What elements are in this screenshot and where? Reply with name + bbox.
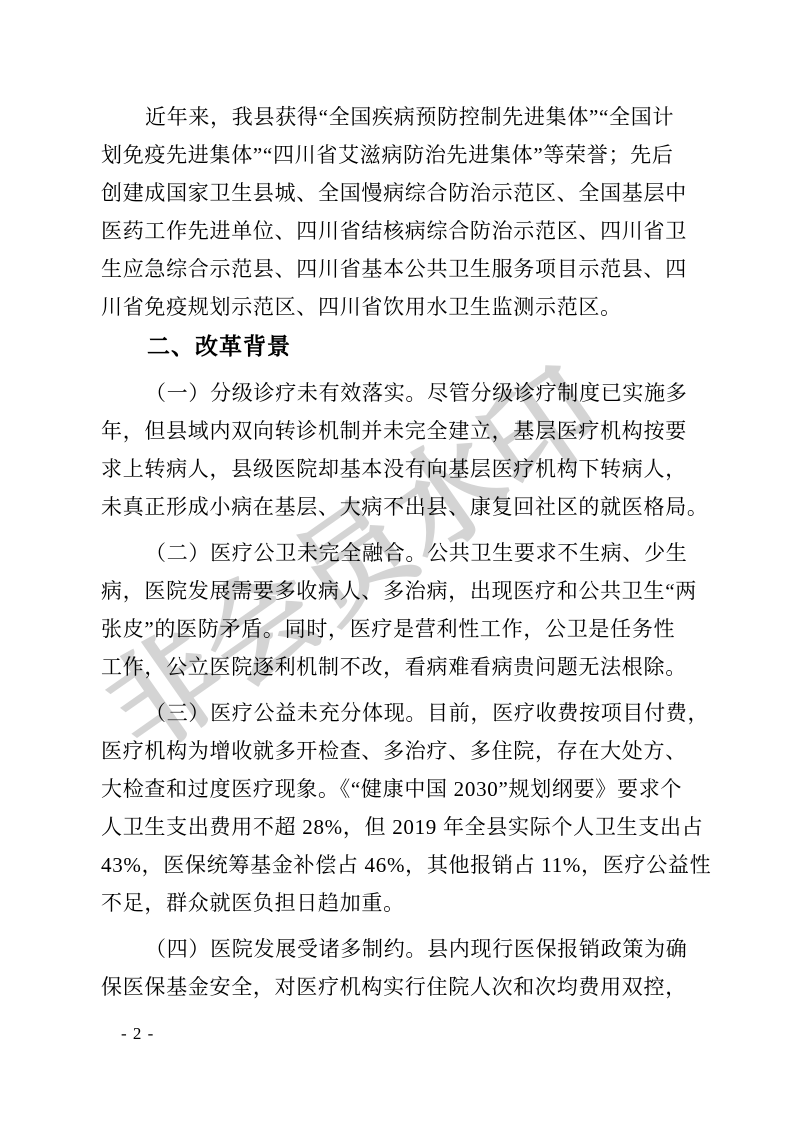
text-line: 年，但县域内双向转诊机制并未完全建立，基层医疗机构按要 bbox=[101, 412, 710, 450]
text-line: 病，医院发展需要多收病人、多治病，出现医疗和公共卫生“两 bbox=[101, 572, 710, 610]
text-line: （三）医疗公益未充分体现。目前，医疗收费按项目付费， bbox=[101, 694, 710, 732]
text-line: 医药工作先进单位、四川省结核病综合防治示范区、四川省卫 bbox=[101, 212, 710, 250]
text-line: 二、改革背景 bbox=[101, 328, 710, 366]
text-line: 人卫生支出费用不超 28%，但 2019 年全县实际个人卫生支出占 bbox=[101, 808, 710, 846]
document-page: 非会员水印 近年来，我县获得“全国疾病预防控制先进集体”“全国计划免疫先进集体”… bbox=[0, 0, 793, 1122]
section-heading: 二、改革背景 bbox=[101, 328, 710, 366]
text-line: （四）医院发展受诸多制约。县内现行医保报销政策为确 bbox=[101, 930, 710, 968]
text-line: 张皮”的医防矛盾。同时，医疗是营利性工作，公卫是任务性 bbox=[101, 610, 710, 648]
text-line: 大检查和过度医疗现象。《“健康中国 2030”规划纲要》要求个 bbox=[101, 770, 710, 808]
text-line: （二）医疗公卫未完全融合。公共卫生要求不生病、少生 bbox=[101, 534, 710, 572]
text-line: 求上转病人，县级医院却基本没有向基层医疗机构下转病人， bbox=[101, 450, 710, 488]
text-line: （一）分级诊疗未有效落实。尽管分级诊疗制度已实施多 bbox=[101, 374, 710, 412]
page-number: - 2 - bbox=[121, 1023, 154, 1045]
text-line: 生应急综合示范县、四川省基本公共卫生服务项目示范县、四 bbox=[101, 250, 710, 288]
text-line: 划免疫先进集体”“四川省艾滋病防治先进集体”等荣誉；先后 bbox=[101, 136, 710, 174]
text-line: 未真正形成小病在基层、大病不出县、康复回社区的就医格局。 bbox=[101, 488, 710, 526]
paragraph: 近年来，我县获得“全国疾病预防控制先进集体”“全国计划免疫先进集体”“四川省艾滋… bbox=[101, 98, 710, 326]
paragraph: （四）医院发展受诸多制约。县内现行医保报销政策为确保医保基金安全，对医疗机构实行… bbox=[101, 930, 710, 1006]
text-line: 不足，群众就医负担日趋加重。 bbox=[101, 884, 710, 922]
text-line: 医疗机构为增收就多开检查、多治疗、多住院，存在大处方、 bbox=[101, 732, 710, 770]
text-line: 近年来，我县获得“全国疾病预防控制先进集体”“全国计 bbox=[101, 98, 710, 136]
text-line: 工作，公立医院逐利机制不改，看病难看病贵问题无法根除。 bbox=[101, 648, 710, 686]
paragraph: （一）分级诊疗未有效落实。尽管分级诊疗制度已实施多年，但县域内双向转诊机制并未完… bbox=[101, 374, 710, 526]
paragraph: （三）医疗公益未充分体现。目前，医疗收费按项目付费，医疗机构为增收就多开检查、多… bbox=[101, 694, 710, 922]
text-line: 创建成国家卫生县城、全国慢病综合防治示范区、全国基层中 bbox=[101, 174, 710, 212]
paragraph: （二）医疗公卫未完全融合。公共卫生要求不生病、少生病，医院发展需要多收病人、多治… bbox=[101, 534, 710, 686]
document-body: 近年来，我县获得“全国疾病预防控制先进集体”“全国计划免疫先进集体”“四川省艾滋… bbox=[101, 98, 710, 1006]
text-line: 川省免疫规划示范区、四川省饮用水卫生监测示范区。 bbox=[101, 288, 710, 326]
text-line: 43%，医保统筹基金补偿占 46%，其他报销占 11%，医疗公益性 bbox=[101, 846, 710, 884]
text-line: 保医保基金安全，对医疗机构实行住院人次和次均费用双控， bbox=[101, 968, 710, 1006]
